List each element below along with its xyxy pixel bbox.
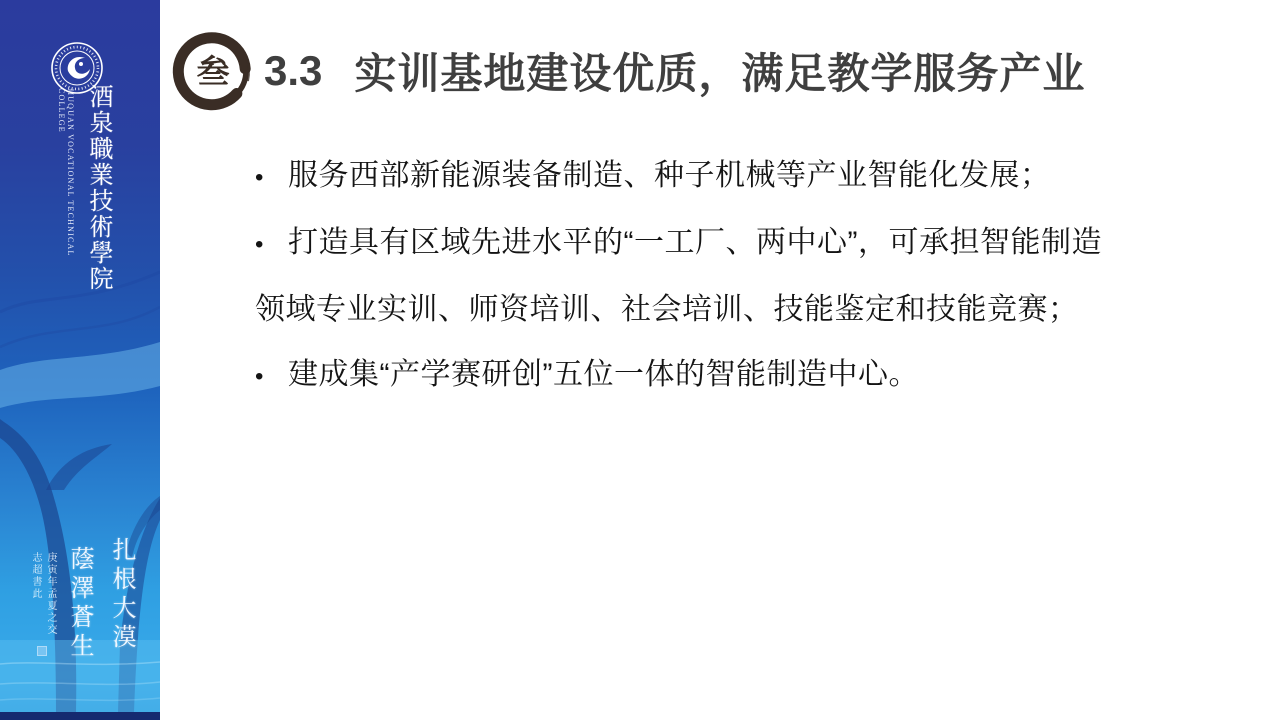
bullet-marker: • (255, 212, 288, 277)
motto-calligraphy-left: 蔭澤蒼生 (62, 546, 97, 662)
motto-calligraphy-right: 扎根大漠 (104, 537, 139, 653)
presentation-slide: JIUQUAN VOCATIONAL TECHNICAL COLLEGE 酒泉職… (0, 0, 1280, 720)
bullet-text: 建成集“产学赛研创”五位一体的智能制造中心。 (288, 358, 919, 391)
bullet-text-continued: 领域专业实训、师资培训、社会培训、技能鉴定和技能竞赛； (255, 293, 1079, 326)
bullet-item: •建成集“产学赛研创”五位一体的智能制造中心。 (255, 342, 1255, 409)
college-name-chinese: 酒泉職業技術學院 (81, 84, 116, 292)
sidebar: JIUQUAN VOCATIONAL TECHNICAL COLLEGE 酒泉職… (0, 0, 160, 720)
bullet-text: 服务西部新能源装备制造、种子机械等产业智能化发展； (288, 159, 1051, 192)
college-name-english: JIUQUAN VOCATIONAL TECHNICAL COLLEGE (57, 88, 75, 298)
seal-icon (37, 646, 47, 656)
bullet-marker: • (255, 344, 288, 409)
bullet-item: •打造具有区域先进水平的“一工厂、两中心”，可承担智能制造 领域专业实训、师资培… (255, 210, 1255, 342)
slide-title-text: 实训基地建设优质，满足教学服务产业 (354, 41, 1085, 101)
bullet-item: •服务西部新能源装备制造、种子机械等产业智能化发展； (255, 143, 1255, 210)
section-badge-icon: 叁 (168, 26, 258, 116)
calligraphy-signature: 庚寅年孟夏之交志超書此 (28, 552, 58, 646)
bullet-text: 打造具有区域先进水平的“一工厂、两中心”，可承担智能制造 (288, 226, 1102, 259)
slide-title-number: 3.3 (264, 47, 322, 95)
bullet-marker: • (255, 145, 288, 210)
section-badge-char: 叁 (197, 54, 230, 91)
slide-title: 3.3 实训基地建设优质，满足教学服务产业 (264, 25, 1085, 117)
sidebar-footer-strip (0, 712, 160, 720)
bullet-list: •服务西部新能源装备制造、种子机械等产业智能化发展； •打造具有区域先进水平的“… (255, 143, 1255, 409)
